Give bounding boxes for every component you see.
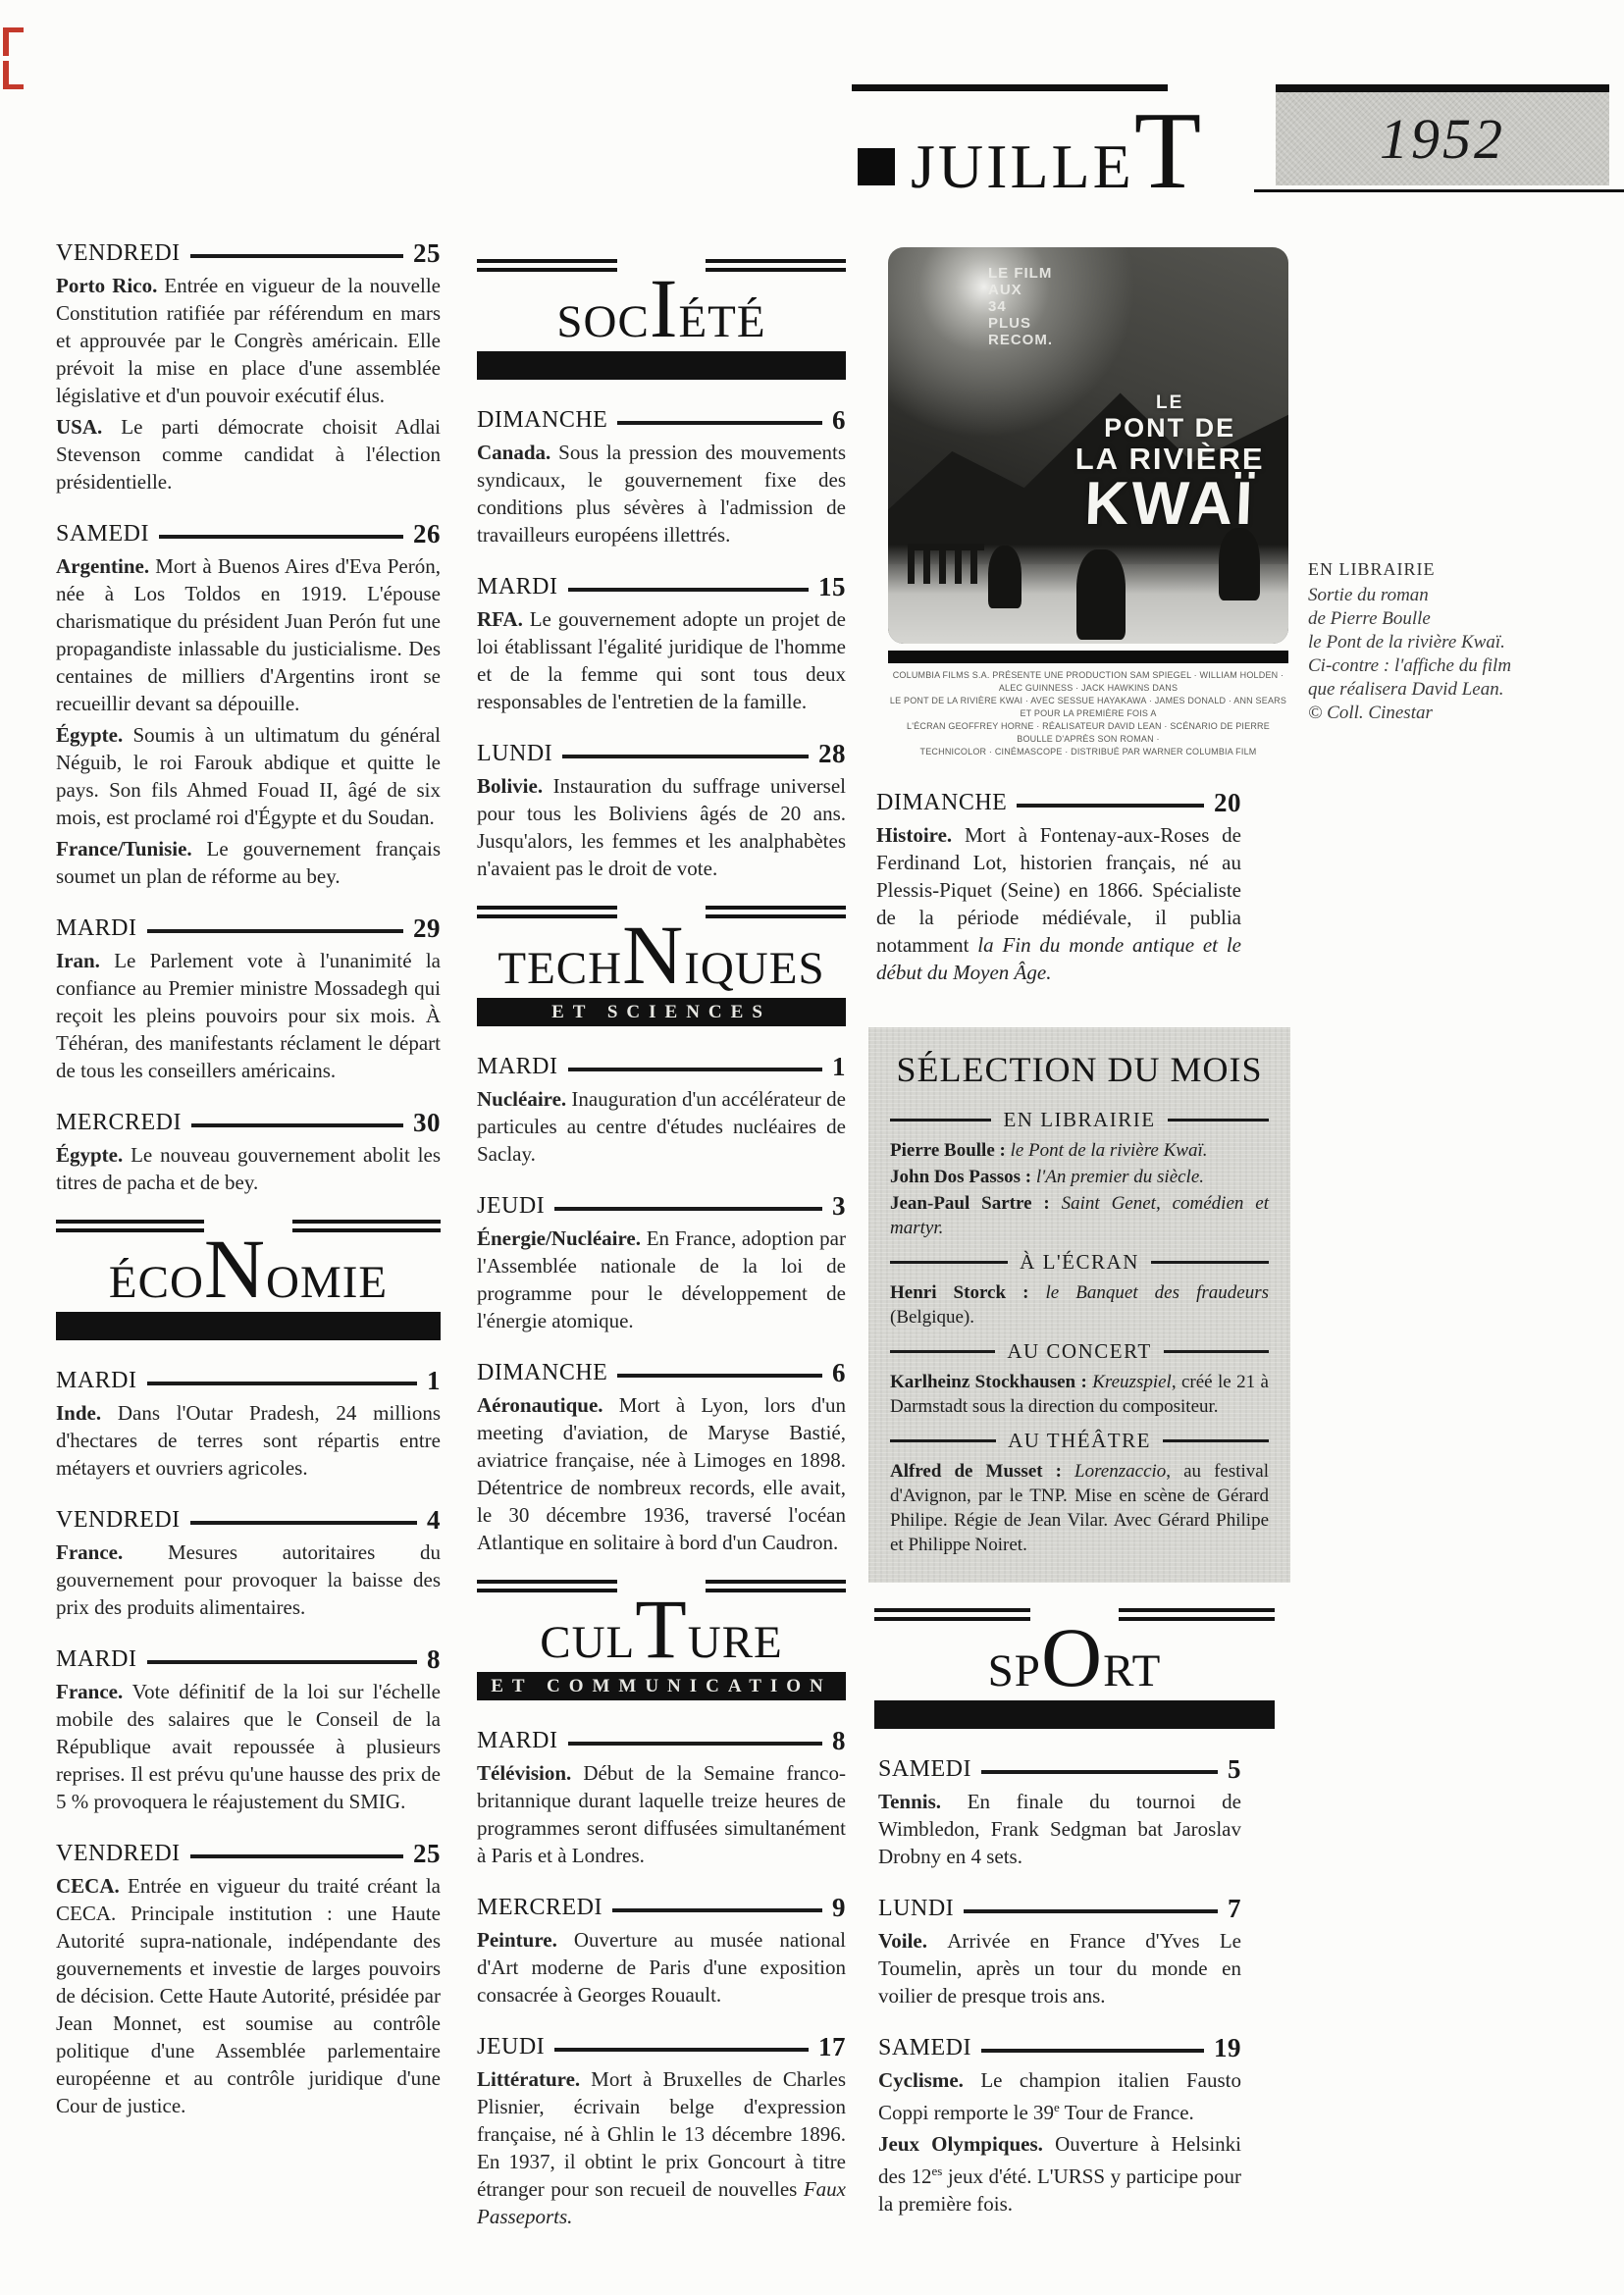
- selection-item: Henri Storck : le Banquet des fraudeurs …: [890, 1280, 1269, 1330]
- entry-day-header: VENDREDI25: [56, 1839, 441, 1868]
- day-number: 25: [413, 1839, 441, 1869]
- poster-title: LEPONT DELA RIVIÈREKWAÏ: [1075, 393, 1265, 533]
- month-title: JUILLET: [858, 88, 1201, 215]
- day-rule: [617, 1374, 822, 1378]
- entry-paragraph: France/Tunisie. Le gouvernement français…: [56, 835, 441, 890]
- day-number: 8: [832, 1726, 846, 1756]
- entry-paragraph: Inde. Dans l'Outar Pradesh, 24 millions …: [56, 1399, 441, 1482]
- day-label: MERCREDI: [56, 1110, 182, 1136]
- entry-paragraph: Iran. Le Parlement vote à l'unanimité la…: [56, 947, 441, 1084]
- caption-lines: Sortie du romande Pierre Boullele Pont d…: [1308, 584, 1563, 725]
- day-rule: [554, 1207, 822, 1211]
- poster-badge-line: LE FILM: [988, 265, 1053, 282]
- entry-day-header: SAMEDI19: [878, 2033, 1241, 2062]
- subhead-label: AU CONCERT: [995, 1339, 1163, 1364]
- selection-groups: EN LIBRAIRIEPierre Boulle : le Pont de l…: [890, 1108, 1269, 1557]
- day-number: 1: [427, 1366, 441, 1396]
- section-bar: [56, 1312, 441, 1340]
- day-rule: [964, 1909, 1218, 1913]
- subhead-rule: [890, 1261, 1008, 1264]
- poster-badge-line: PLUS: [988, 315, 1053, 332]
- entry-paragraph: Argentine. Mort à Buenos Aires d'Eva Per…: [56, 552, 441, 717]
- year-box: 1952: [1276, 84, 1609, 185]
- day-label: MARDI: [56, 915, 137, 942]
- day-label: DIMANCHE: [477, 407, 607, 434]
- entry-paragraph: Aéronautique. Mort à Lyon, lors d'un mee…: [477, 1391, 846, 1556]
- day-rule: [147, 929, 403, 933]
- day-rule: [159, 535, 403, 539]
- entry-paragraph: Voile. Arrivée en France d'Yves Le Toume…: [878, 1927, 1241, 2009]
- subhead-rule: [890, 1119, 991, 1121]
- selection-item: Pierre Boulle : le Pont de la rivière Kw…: [890, 1138, 1269, 1163]
- day-rule: [568, 588, 809, 592]
- subhead-rule: [1151, 1261, 1269, 1264]
- entry-paragraph: Canada. Sous la pression des mouvements …: [477, 439, 846, 548]
- entry-day-header: SAMEDI26: [56, 519, 441, 548]
- entry-paragraph: France. Mesures autoritaires du gouverne…: [56, 1539, 441, 1621]
- section-title: SPORT: [874, 1621, 1275, 1695]
- entry-dimanche-6: DIMANCHE6Aéronautique. Mort à Lyon, lors…: [477, 1358, 846, 1556]
- day-label: LUNDI: [477, 741, 552, 767]
- entry-samedi-5: SAMEDI5Tennis. En finale du tournoi de W…: [874, 1754, 1275, 1870]
- entry-mardi-29: MARDI29Iran. Le Parlement vote à l'unani…: [56, 913, 441, 1084]
- poster-title-line: PONT DE: [1075, 414, 1265, 443]
- entry-paragraph: Énergie/Nucléaire. En France, adoption p…: [477, 1225, 846, 1334]
- selection-subhead: EN LIBRAIRIE: [890, 1108, 1269, 1132]
- day-number: 8: [427, 1644, 441, 1675]
- entry-day-header: LUNDI28: [477, 739, 846, 768]
- selection-subhead: AU CONCERT: [890, 1339, 1269, 1364]
- section-header-économie: ÉCONOMIE: [56, 1220, 441, 1340]
- day-number: 19: [1214, 2033, 1241, 2063]
- day-number: 15: [818, 572, 846, 602]
- entry-paragraph: CECA. Entrée en vigueur du traité créant…: [56, 1872, 441, 2119]
- section-bar: [874, 1700, 1275, 1729]
- day-rule: [981, 2049, 1204, 2053]
- column-middle: SOCIÉTÉDIMANCHE6Canada. Sous la pression…: [477, 243, 846, 2254]
- poster-credit-line: TECHNICOLOR · CINÉMASCOPE · DISTRIBUÉ PA…: [888, 746, 1288, 758]
- square-bullet-icon: [858, 148, 895, 185]
- entry-mardi-8: MARDI8Télévision. Début de la Semaine fr…: [477, 1726, 846, 1869]
- entry-jeudi-3: JEUDI3Énergie/Nucléaire. En France, adop…: [477, 1191, 846, 1334]
- day-label: MARDI: [56, 1368, 137, 1394]
- day-label: DIMANCHE: [876, 790, 1007, 816]
- day-label: JEUDI: [477, 1193, 545, 1220]
- selection-item: Karlheinz Stockhausen : Kreuzspiel, créé…: [890, 1370, 1269, 1419]
- entry-paragraph: France. Vote définitif de la loi sur l'é…: [56, 1678, 441, 1815]
- entry-paragraph: Télévision. Début de la Semaine franco-b…: [477, 1759, 846, 1869]
- day-label: LUNDI: [878, 1896, 954, 1922]
- poster-credit-line: COLUMBIA FILMS S.A. PRÉSENTE UNE PRODUCT…: [888, 669, 1288, 695]
- figure-silhouette: [988, 546, 1022, 608]
- section-bar: ET COMMUNICATION: [477, 1672, 846, 1700]
- section-bar-label: ET COMMUNICATION: [491, 1676, 832, 1697]
- movie-poster: LE FILMAUX34PLUSRECOM. LEPONT DELA RIVIÈ…: [888, 247, 1288, 758]
- figure-silhouette: [1219, 528, 1260, 600]
- day-label: VENDREDI: [56, 1507, 181, 1534]
- day-number: 17: [818, 2032, 846, 2062]
- selection-item: John Dos Passos : l'An premier du siècle…: [890, 1165, 1269, 1189]
- entry-mardi-1: MARDI1Nucléaire. Inauguration d'un accél…: [477, 1052, 846, 1168]
- section-header-société: SOCIÉTÉ: [477, 259, 846, 380]
- right-column-entries-bottom: SPORTSAMEDI5Tennis. En finale du tournoi…: [874, 1608, 1275, 2217]
- entry-paragraph: Nucléaire. Inauguration d'un accélérateu…: [477, 1085, 846, 1168]
- day-rule: [190, 1854, 403, 1858]
- magazine-page: JUILLET 1952 VENDREDI25Porto Rico. Entré…: [0, 0, 1624, 2295]
- section-header-sport: SPORT: [874, 1608, 1275, 1729]
- entry-paragraph: Jeux Olympiques. Ouverture à Helsinki de…: [878, 2130, 1241, 2217]
- day-number: 1: [832, 1052, 846, 1082]
- entry-mercredi-30: MERCREDI30Égypte. Le nouveau gouvernemen…: [56, 1108, 441, 1196]
- subhead-rule: [890, 1350, 995, 1353]
- day-number: 4: [427, 1505, 441, 1536]
- day-number: 20: [1214, 788, 1241, 818]
- year-underline: [1254, 189, 1624, 192]
- column-right: LE FILMAUX34PLUSRECOM. LEPONT DELA RIVIÈ…: [868, 247, 1290, 2241]
- subhead-rule: [1168, 1119, 1269, 1121]
- caption-head: EN LIBRAIRIE: [1308, 559, 1563, 580]
- day-number: 30: [413, 1108, 441, 1138]
- entry-lundi-7: LUNDI7Voile. Arrivée en France d'Yves Le…: [874, 1894, 1275, 2009]
- entry-samedi-26: SAMEDI26Argentine. Mort à Buenos Aires d…: [56, 519, 441, 890]
- month-name: JUILLE: [911, 131, 1134, 201]
- masthead: JUILLET 1952: [852, 84, 1609, 212]
- day-rule: [1017, 804, 1204, 808]
- section-header-culture: CULTUREET COMMUNICATION: [477, 1580, 846, 1700]
- day-number: 7: [1228, 1894, 1241, 1924]
- day-label: VENDREDI: [56, 1841, 181, 1867]
- poster-badge-text: LE FILMAUX34PLUSRECOM.: [988, 265, 1053, 348]
- entry-day-header: DIMANCHE20: [876, 788, 1241, 817]
- entry-vendredi-25: VENDREDI25CECA. Entrée en vigueur du tra…: [56, 1839, 441, 2119]
- entry-day-header: MERCREDI30: [56, 1108, 441, 1137]
- day-rule: [981, 1770, 1218, 1774]
- entry-paragraph: Égypte. Soumis à un ultimatum du général…: [56, 721, 441, 831]
- day-number: 26: [413, 519, 441, 549]
- entry-day-header: DIMANCHE6: [477, 405, 846, 435]
- day-rule: [568, 1742, 822, 1746]
- year-label: 1952: [1380, 106, 1505, 172]
- poster-title-line: LE: [1075, 393, 1265, 414]
- poster-title-line: KWAÏ: [1074, 476, 1266, 534]
- entry-day-header: MARDI1: [56, 1366, 441, 1395]
- day-rule: [617, 421, 822, 425]
- day-label: SAMEDI: [56, 521, 149, 548]
- day-number: 28: [818, 739, 846, 769]
- day-number: 5: [1228, 1754, 1241, 1785]
- subhead-rule: [890, 1439, 996, 1442]
- day-rule: [612, 1908, 822, 1912]
- month-name-big-letter: T: [1134, 90, 1201, 212]
- day-rule: [562, 755, 809, 758]
- entry-paragraph: Histoire. Mort à Fontenay-aux-Roses de F…: [876, 821, 1241, 986]
- day-rule: [191, 1123, 403, 1127]
- caption-line: que réalisera David Lean.: [1308, 678, 1563, 702]
- entry-day-header: VENDREDI25: [56, 238, 441, 268]
- section-bar-label: ET SCIENCES: [551, 1002, 771, 1023]
- entry-samedi-19: SAMEDI19Cyclisme. Le champion italien Fa…: [874, 2033, 1275, 2217]
- day-rule: [568, 1068, 822, 1071]
- scan-artifact: [3, 61, 24, 89]
- caption-line: Ci-contre : l'affiche du film: [1308, 654, 1563, 678]
- entry-day-header: LUNDI7: [878, 1894, 1241, 1923]
- entry-dimanche-20: DIMANCHE20Histoire. Mort à Fontenay-aux-…: [876, 788, 1241, 986]
- entry-mardi-8: MARDI8France. Vote définitif de la loi s…: [56, 1644, 441, 1815]
- selection-subhead: AU THÉÂTRE: [890, 1429, 1269, 1453]
- poster-divider-bar: [888, 651, 1288, 663]
- right-column-entries-top: DIMANCHE20Histoire. Mort à Fontenay-aux-…: [876, 788, 1241, 986]
- entry-day-header: SAMEDI5: [878, 1754, 1241, 1784]
- day-label: MERCREDI: [477, 1895, 602, 1921]
- entry-jeudi-17: JEUDI17Littérature. Mort à Bruxelles de …: [477, 2032, 846, 2230]
- section-title: CULTURE: [477, 1592, 846, 1667]
- entry-vendredi-4: VENDREDI4France. Mesures autoritaires du…: [56, 1505, 441, 1621]
- section-title: SOCIÉTÉ: [477, 272, 846, 346]
- day-rule: [190, 254, 403, 258]
- day-number: 25: [413, 238, 441, 269]
- subhead-label: EN LIBRAIRIE: [991, 1108, 1167, 1132]
- section-title: ÉCONOMIE: [56, 1232, 441, 1307]
- entry-paragraph: Peinture. Ouverture au musée national d'…: [477, 1926, 846, 2008]
- entry-day-header: VENDREDI4: [56, 1505, 441, 1535]
- day-rule: [190, 1521, 417, 1525]
- entry-day-header: JEUDI17: [477, 2032, 846, 2061]
- section-bar: ET SCIENCES: [477, 998, 846, 1026]
- day-label: SAMEDI: [878, 2035, 971, 2061]
- poster-credit-line: LE PONT DE LA RIVIÈRE KWAI · AVEC SESSUE…: [888, 695, 1288, 720]
- entry-paragraph: Porto Rico. Entrée en vigueur de la nouv…: [56, 272, 441, 409]
- entry-paragraph: Tennis. En finale du tournoi de Wimbledo…: [878, 1788, 1241, 1870]
- poster-badge-line: RECOM.: [988, 332, 1053, 348]
- day-number: 6: [832, 1358, 846, 1388]
- entry-lundi-28: LUNDI28Bolivie. Instauration du suffrage…: [477, 739, 846, 882]
- entry-paragraph: Littérature. Mort à Bruxelles de Charles…: [477, 2065, 846, 2230]
- caption-line: le Pont de la rivière Kwaï.: [1308, 631, 1563, 654]
- entry-paragraph: RFA. Le gouvernement adopte un projet de…: [477, 605, 846, 715]
- day-label: MARDI: [477, 574, 558, 600]
- selection-item: Alfred de Musset : Lorenzaccio, au festi…: [890, 1459, 1269, 1557]
- selection-subhead: À L'ÉCRAN: [890, 1250, 1269, 1275]
- entry-paragraph: Cyclisme. Le champion italien Fausto Cop…: [878, 2066, 1241, 2126]
- day-rule: [147, 1660, 417, 1664]
- entry-paragraph: USA. Le parti démocrate choisit Adlai St…: [56, 413, 441, 496]
- entry-day-header: MARDI29: [56, 913, 441, 943]
- entry-day-header: MARDI8: [56, 1644, 441, 1674]
- day-number: 3: [832, 1191, 846, 1222]
- poster-credit-line: L'ÉCRAN GEOFFREY HORNE · RÉALISATEUR DAV…: [888, 720, 1288, 746]
- day-rule: [554, 2048, 809, 2052]
- day-number: 9: [832, 1893, 846, 1923]
- day-rule: [147, 1382, 417, 1385]
- poster-caption: EN LIBRAIRIE Sortie du romande Pierre Bo…: [1308, 559, 1563, 725]
- day-label: MARDI: [56, 1646, 137, 1673]
- caption-line: Sortie du roman: [1308, 584, 1563, 607]
- entry-mercredi-9: MERCREDI9Peinture. Ouverture au musée na…: [477, 1893, 846, 2008]
- selection-item: Jean-Paul Sartre : Saint Genet, comédien…: [890, 1191, 1269, 1240]
- bridge-silhouette: [908, 544, 984, 584]
- entry-mardi-1: MARDI1Inde. Dans l'Outar Pradesh, 24 mil…: [56, 1366, 441, 1482]
- section-header-techniques: TECHNIQUESET SCIENCES: [477, 906, 846, 1026]
- section-bar: [477, 351, 846, 380]
- caption-line: de Pierre Boulle: [1308, 607, 1563, 631]
- day-label: MARDI: [477, 1054, 558, 1080]
- day-label: SAMEDI: [878, 1756, 971, 1783]
- figure-silhouette: [1076, 549, 1126, 640]
- column-left: VENDREDI25Porto Rico. Entrée en vigueur …: [56, 238, 441, 2143]
- entry-day-header: JEUDI3: [477, 1191, 846, 1221]
- entry-dimanche-6: DIMANCHE6Canada. Sous la pression des mo…: [477, 405, 846, 548]
- entry-day-header: MARDI8: [477, 1726, 846, 1755]
- entry-day-header: MARDI15: [477, 572, 846, 601]
- day-label: JEUDI: [477, 2034, 545, 2060]
- poster-badge-line: 34: [988, 298, 1053, 315]
- day-number: 6: [832, 405, 846, 436]
- entry-day-header: DIMANCHE6: [477, 1358, 846, 1387]
- caption-line: © Coll. Cinestar: [1308, 702, 1563, 725]
- selection-du-mois-box: SÉLECTION DU MOIS EN LIBRAIRIEPierre Bou…: [868, 1027, 1290, 1583]
- poster-badge-line: AUX: [988, 282, 1053, 298]
- section-title: TECHNIQUES: [477, 918, 846, 993]
- day-label: MARDI: [477, 1728, 558, 1754]
- day-label: DIMANCHE: [477, 1360, 607, 1386]
- day-label: VENDREDI: [56, 240, 181, 267]
- entry-day-header: MERCREDI9: [477, 1893, 846, 1922]
- subhead-label: À L'ÉCRAN: [1008, 1250, 1151, 1275]
- movie-poster-image: LE FILMAUX34PLUSRECOM. LEPONT DELA RIVIÈ…: [888, 247, 1288, 644]
- subhead-rule: [1164, 1350, 1269, 1353]
- entry-vendredi-25: VENDREDI25Porto Rico. Entrée en vigueur …: [56, 238, 441, 496]
- selection-title: SÉLECTION DU MOIS: [890, 1049, 1269, 1090]
- scan-artifact: [3, 27, 24, 56]
- subhead-rule: [1163, 1439, 1269, 1442]
- day-number: 29: [413, 913, 441, 944]
- subhead-label: AU THÉÂTRE: [996, 1429, 1163, 1453]
- entry-mardi-15: MARDI15RFA. Le gouvernement adopte un pr…: [477, 572, 846, 715]
- entry-paragraph: Égypte. Le nouveau gouvernement abolit l…: [56, 1141, 441, 1196]
- entry-day-header: MARDI1: [477, 1052, 846, 1081]
- entry-paragraph: Bolivie. Instauration du suffrage univer…: [477, 772, 846, 882]
- poster-credits: COLUMBIA FILMS S.A. PRÉSENTE UNE PRODUCT…: [888, 669, 1288, 758]
